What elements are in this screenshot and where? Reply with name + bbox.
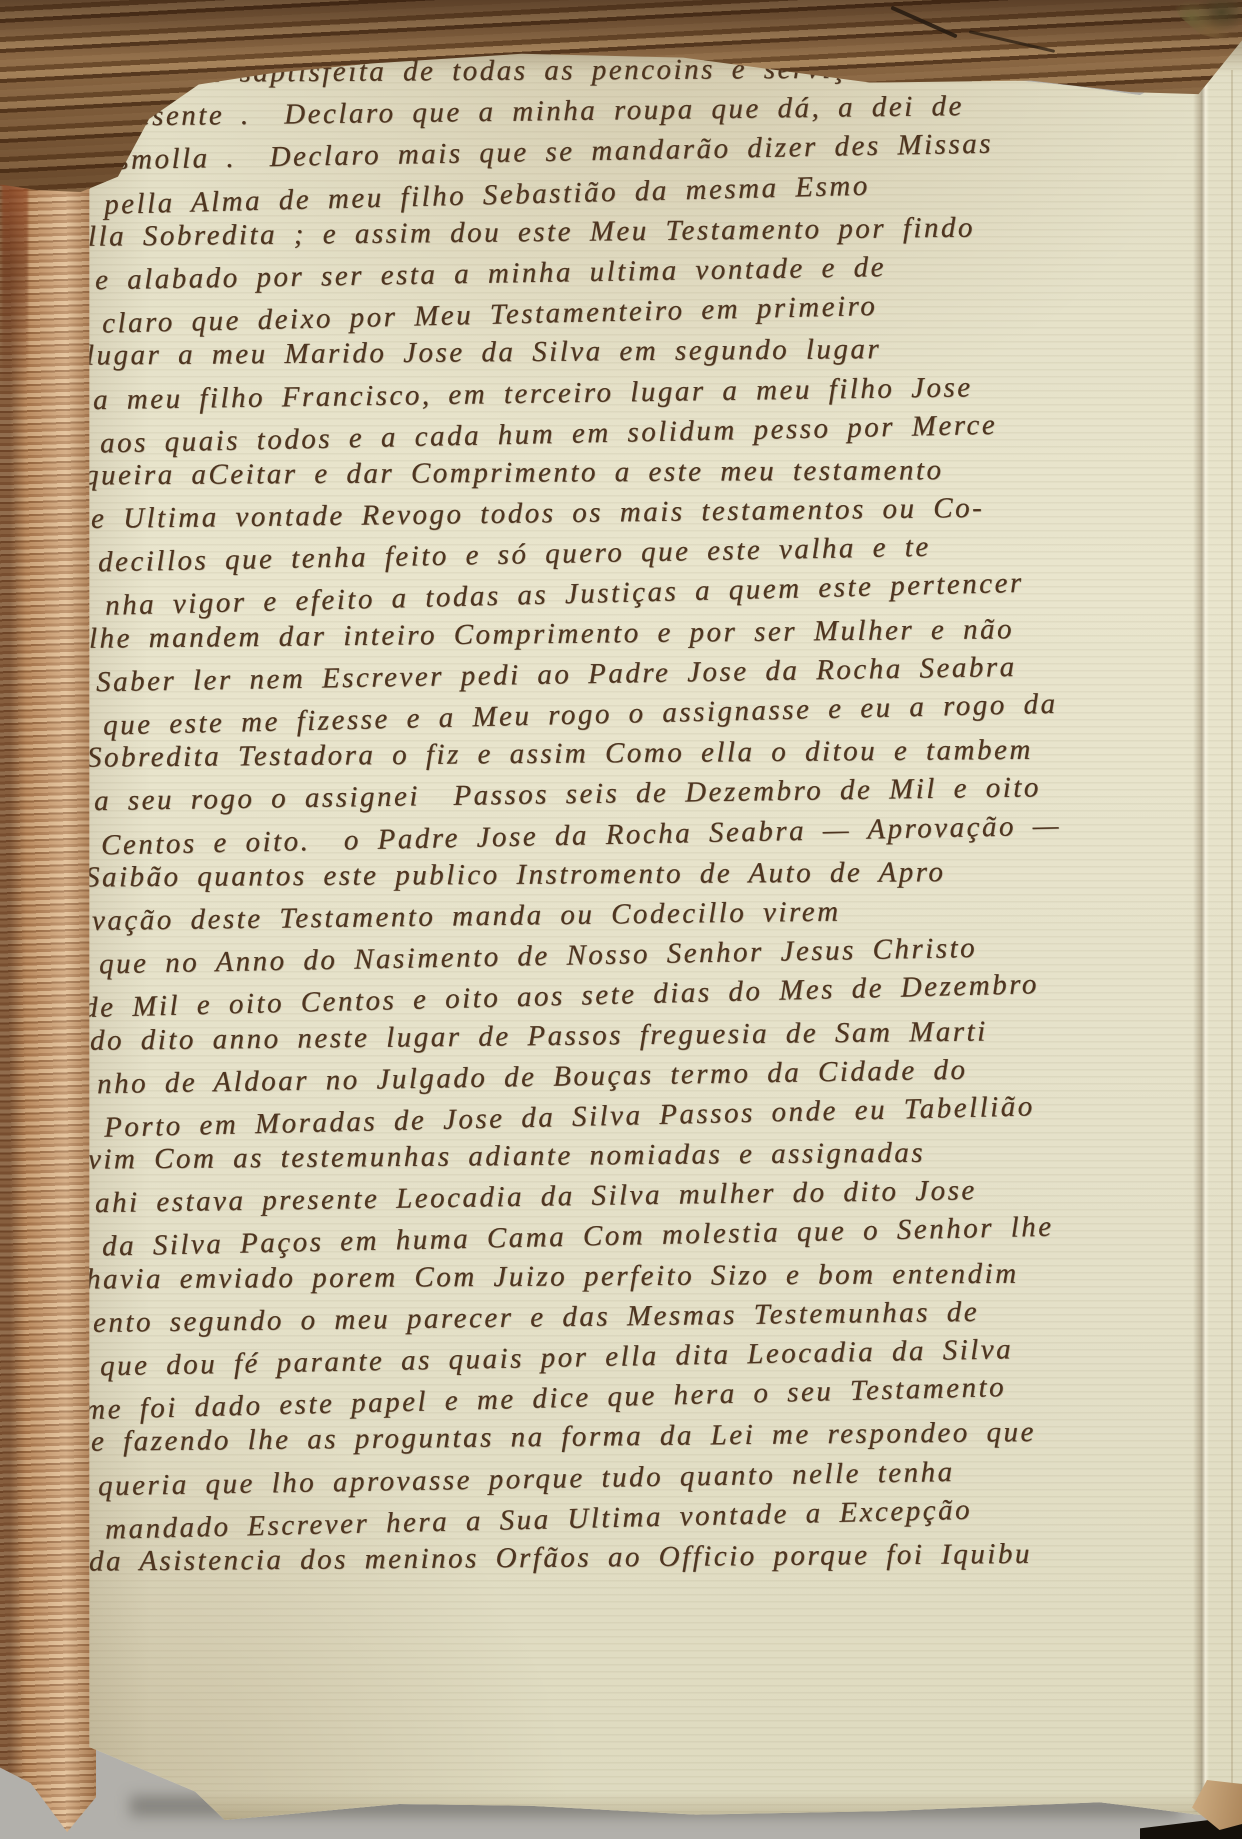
manuscript-page: que estou saptisfeita de todas as pencoi…	[55, 40, 1242, 1820]
page-right-edge	[1231, 70, 1233, 1800]
handwritten-text: que estou saptisfeita de todas as pencoi…	[83, 50, 1209, 1628]
manuscript-photo: que estou saptisfeita de todas as pencoi…	[0, 0, 1242, 1839]
manuscript-line: da Asistencia dos meninos Orfãos ao Offi…	[89, 1532, 1209, 1581]
